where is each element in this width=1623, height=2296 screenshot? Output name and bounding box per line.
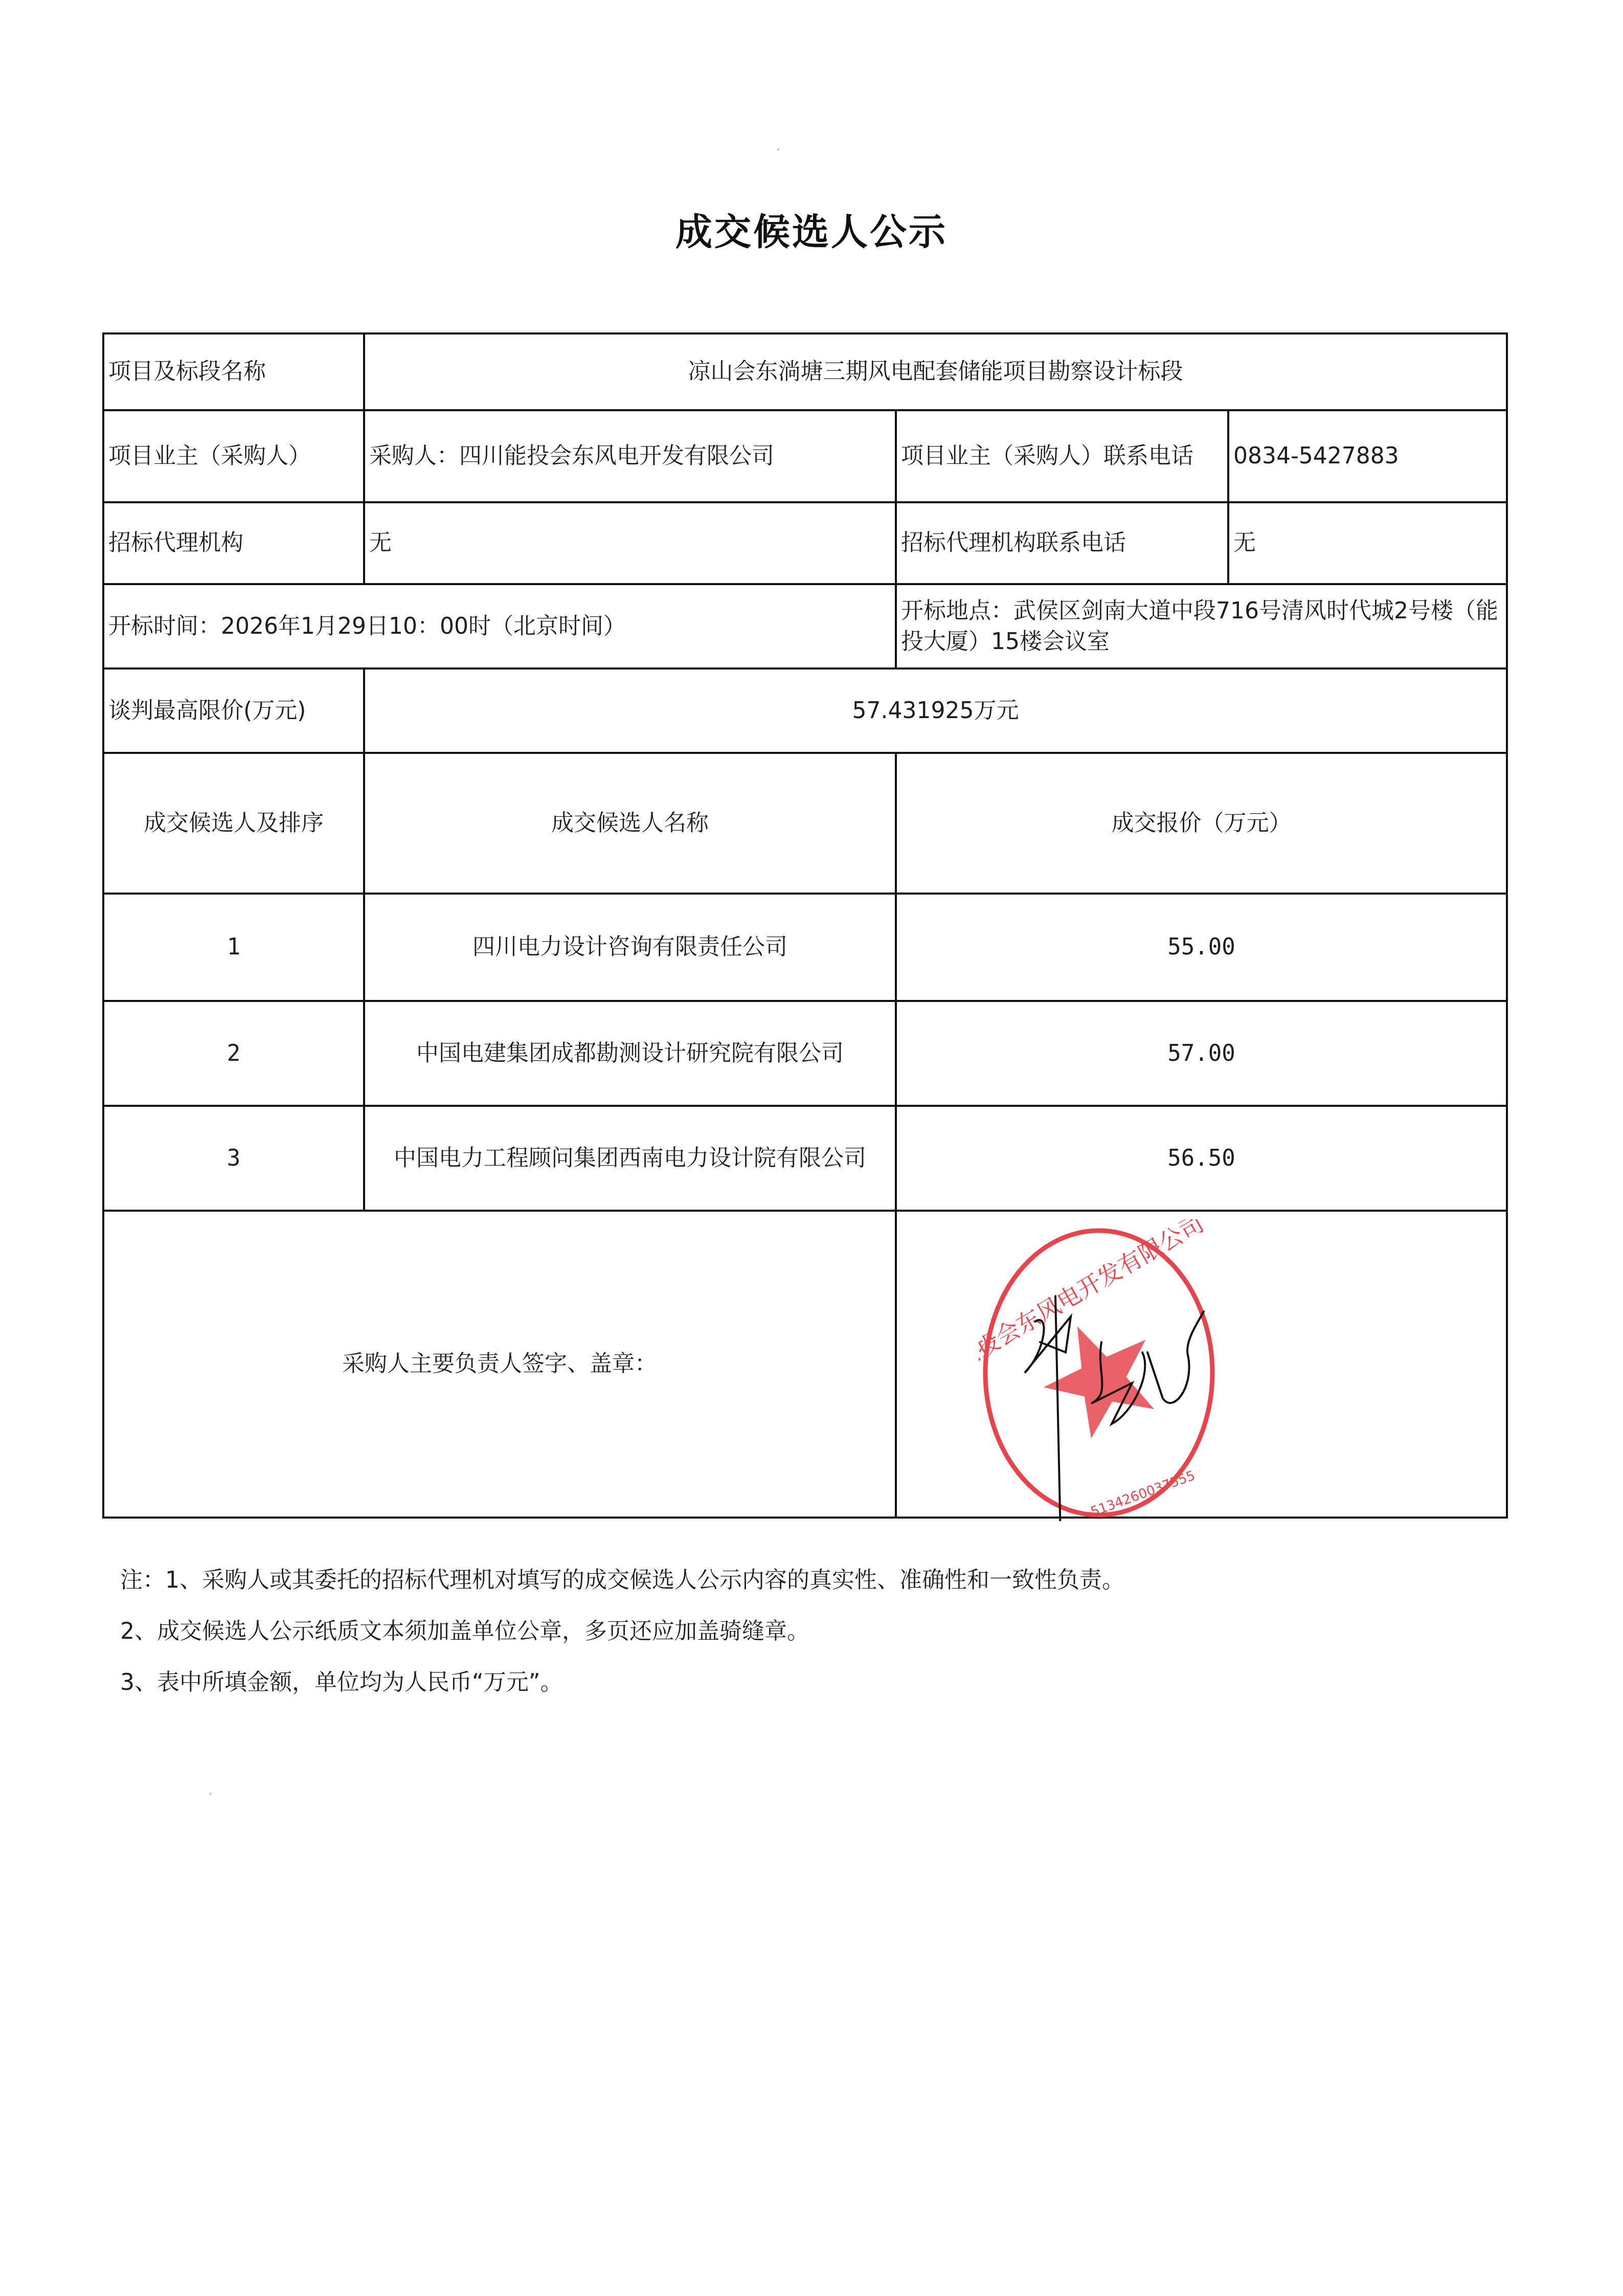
page-title: 成交候选人公示 (0, 202, 1623, 255)
row-signature: 采购人主要负责人签字、盖章： 四川能投会东风电开发有限公司 5134260037… (103, 1211, 1507, 1518)
row-project: 项目及标段名称 凉山会东淌塘三期风电配套储能项目勘察设计标段 (103, 333, 1507, 410)
candidate-price: 57.00 (896, 1001, 1507, 1106)
project-name: 凉山会东淌塘三期风电配套储能项目勘察设计标段 (364, 333, 1507, 410)
header-price: 成交报价（万元） (896, 753, 1507, 894)
row-agency: 招标代理机构 无 招标代理机构联系电话 无 (103, 502, 1507, 584)
agency-label: 招标代理机构 (103, 502, 364, 584)
svg-text:5134260037555: 5134260037555 (1089, 1468, 1197, 1520)
row-opening: 开标时间：2026年1月29日10：00时（北京时间） 开标地点：武侯区剑南大道… (103, 584, 1507, 668)
note-item: 注：1、采购人或其委托的招标代理机对填写的成交候选人公示内容的真实性、准确性和一… (120, 1555, 1124, 1606)
candidate-price: 55.00 (896, 894, 1507, 1001)
official-seal-stamp: 四川能投会东风电开发有限公司 5134260037555 (979, 1219, 1219, 1521)
table-row: 3 中国电力工程顾问集团西南电力设计院有限公司 56.50 (103, 1106, 1507, 1211)
owner-label: 项目业主（采购人） (103, 410, 364, 502)
candidate-name: 中国电建集团成都勘测设计研究院有限公司 (364, 1001, 896, 1106)
max-price-label: 谈判最高限价(万元) (103, 668, 364, 753)
candidate-rank: 2 (103, 1001, 364, 1106)
candidate-name: 四川电力设计咨询有限责任公司 (364, 894, 896, 1001)
scan-speck (210, 1793, 212, 1795)
notes-section: 注：1、采购人或其委托的招标代理机对填写的成交候选人公示内容的真实性、准确性和一… (120, 1555, 1124, 1708)
agency-phone: 无 (1228, 502, 1507, 584)
scan-speck (777, 148, 779, 150)
max-price-value: 57.431925万元 (364, 668, 1507, 753)
signature-label: 采购人主要负责人签字、盖章： (103, 1211, 896, 1518)
open-place: 开标地点：武侯区剑南大道中段716号清风时代城2号楼（能投大厦）15楼会议室 (896, 584, 1507, 668)
row-owner: 项目业主（采购人） 采购人：四川能投会东风电开发有限公司 项目业主（采购人）联系… (103, 410, 1507, 502)
row-max-price: 谈判最高限价(万元) 57.431925万元 (103, 668, 1507, 753)
candidate-rank: 3 (103, 1106, 364, 1211)
owner-value: 采购人：四川能投会东风电开发有限公司 (364, 410, 896, 502)
row-headers: 成交候选人及排序 成交候选人名称 成交报价（万元） (103, 753, 1507, 894)
note-item: 2、成交候选人公示纸质文本须加盖单位公章，多页还应加盖骑缝章。 (120, 1606, 1124, 1657)
announcement-table: 项目及标段名称 凉山会东淌塘三期风电配套储能项目勘察设计标段 项目业主（采购人）… (102, 332, 1508, 1519)
open-time: 开标时间：2026年1月29日10：00时（北京时间） (103, 584, 896, 668)
header-rank: 成交候选人及排序 (103, 753, 364, 894)
candidate-rank: 1 (103, 894, 364, 1001)
agency-phone-label: 招标代理机构联系电话 (896, 502, 1228, 584)
signature-area: 四川能投会东风电开发有限公司 5134260037555 (896, 1211, 1507, 1518)
project-label: 项目及标段名称 (103, 333, 364, 410)
owner-phone-label: 项目业主（采购人）联系电话 (896, 410, 1228, 502)
table-row: 1 四川电力设计咨询有限责任公司 55.00 (103, 894, 1507, 1001)
candidate-price: 56.50 (896, 1106, 1507, 1211)
owner-phone: 0834-5427883 (1228, 410, 1507, 502)
agency-value: 无 (364, 502, 896, 584)
note-item: 3、表中所填金额，单位均为人民币“万元”。 (120, 1657, 1124, 1708)
header-name: 成交候选人名称 (364, 753, 896, 894)
table-row: 2 中国电建集团成都勘测设计研究院有限公司 57.00 (103, 1001, 1507, 1106)
candidate-name: 中国电力工程顾问集团西南电力设计院有限公司 (364, 1106, 896, 1211)
